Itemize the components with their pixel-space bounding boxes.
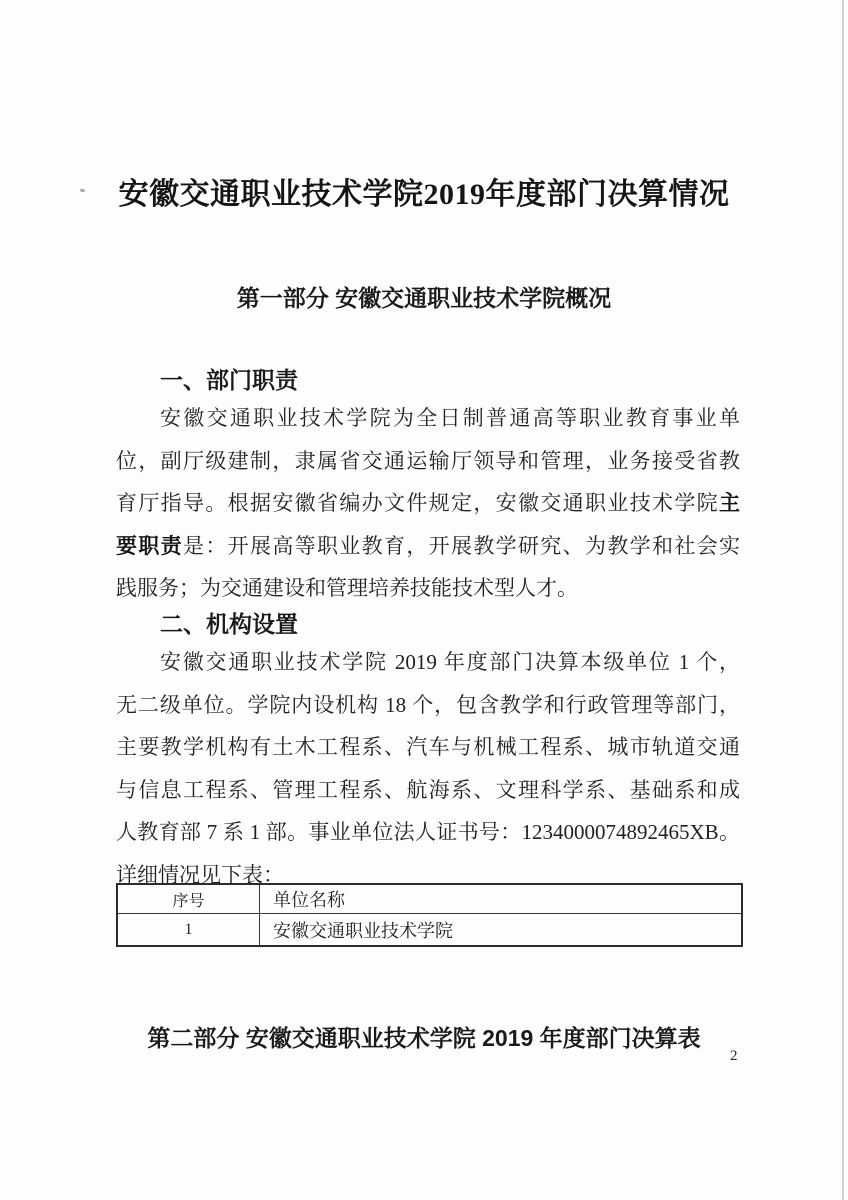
- text-segment: 安徽交通职业技术学院 2019 年度部门决算本级单位 1 个，: [160, 650, 740, 674]
- paragraph-line: 位，副厅级建制，隶属省交通运输厅领导和管理，业务接受省教: [116, 440, 740, 483]
- document-page: 安徽交通职业技术学院2019年度部门决算情况 第一部分 安徽交通职业技术学院概况…: [0, 0, 848, 1200]
- text-segment: 人教育部 7 系 1 部。事业单位法人证书号：1234000074892465X…: [116, 820, 740, 844]
- text-segment: 是：开展高等职业教育，开展教学研究、为教学和社会实: [183, 534, 740, 558]
- text-segment: 位，副厅级建制，隶属省交通运输厅领导和管理，业务接受省教: [116, 449, 740, 473]
- units-table-header-index: 序号: [117, 884, 260, 914]
- units-table-header-name: 单位名称: [260, 884, 743, 914]
- paragraph-line: 安徽交通职业技术学院为全日制普通高等职业教育事业单: [116, 397, 740, 440]
- part1-heading: 第一部分 安徽交通职业技术学院概况: [0, 280, 848, 313]
- paragraph-line: 无二级单位。学院内设机构 18 个，包含教学和行政管理等部门，: [116, 684, 740, 727]
- bold-text-segment: 主: [719, 491, 740, 515]
- paragraph-line: 与信息工程系、管理工程系、航海系、文理科学系、基础系和成: [116, 769, 740, 812]
- section1-paragraph: 安徽交通职业技术学院为全日制普通高等职业教育事业单位，副厅级建制，隶属省交通运输…: [116, 397, 740, 610]
- paragraph-line: 育厅指导。根据安徽省编办文件规定，安徽交通职业技术学院主: [116, 482, 740, 525]
- section2-paragraph: 安徽交通职业技术学院 2019 年度部门决算本级单位 1 个，无二级单位。学院内…: [116, 641, 740, 896]
- part2-heading: 第二部分 安徽交通职业技术学院 2019 年度部门决算表: [0, 1020, 848, 1053]
- unit-name-cell: 安徽交通职业技术学院: [260, 914, 743, 947]
- unit-index-cell: 1: [117, 914, 260, 947]
- text-segment: 无二级单位。学院内设机构 18 个，包含教学和行政管理等部门，: [116, 693, 740, 717]
- page-number: 2: [730, 1048, 738, 1065]
- units-table-body: 1安徽交通职业技术学院: [117, 914, 742, 947]
- text-segment: 践服务；为交通建设和管理培养技能技术型人才。: [116, 576, 578, 600]
- text-segment: 安徽交通职业技术学院为全日制普通高等职业教育事业单: [160, 406, 740, 430]
- paragraph-line: 主要教学机构有土木工程系、汽车与机械工程系、城市轨道交通: [116, 726, 740, 769]
- paragraph-line: 践服务；为交通建设和管理培养技能技术型人才。: [116, 567, 740, 610]
- text-segment: 与信息工程系、管理工程系、航海系、文理科学系、基础系和成: [116, 778, 740, 802]
- document-title: 安徽交通职业技术学院2019年度部门决算情况: [0, 169, 848, 213]
- text-segment: 主要教学机构有土木工程系、汽车与机械工程系、城市轨道交通: [116, 735, 740, 759]
- section2-heading: 二、机构设置: [160, 606, 298, 639]
- section1-heading: 一、部门职责: [160, 362, 298, 395]
- text-segment: 育厅指导。根据安徽省编办文件规定，安徽交通职业技术学院: [116, 491, 719, 515]
- units-table: 序号 单位名称 1安徽交通职业技术学院: [116, 883, 743, 947]
- paragraph-line: 人教育部 7 系 1 部。事业单位法人证书号：1234000074892465X…: [116, 811, 740, 854]
- units-table-row: 1安徽交通职业技术学院: [117, 914, 742, 947]
- paragraph-line: 安徽交通职业技术学院 2019 年度部门决算本级单位 1 个，: [116, 641, 740, 684]
- units-table-header-row: 序号 单位名称: [117, 884, 742, 914]
- bold-text-segment: 要职责: [116, 534, 183, 558]
- paragraph-line: 要职责是：开展高等职业教育，开展教学研究、为教学和社会实: [116, 525, 740, 568]
